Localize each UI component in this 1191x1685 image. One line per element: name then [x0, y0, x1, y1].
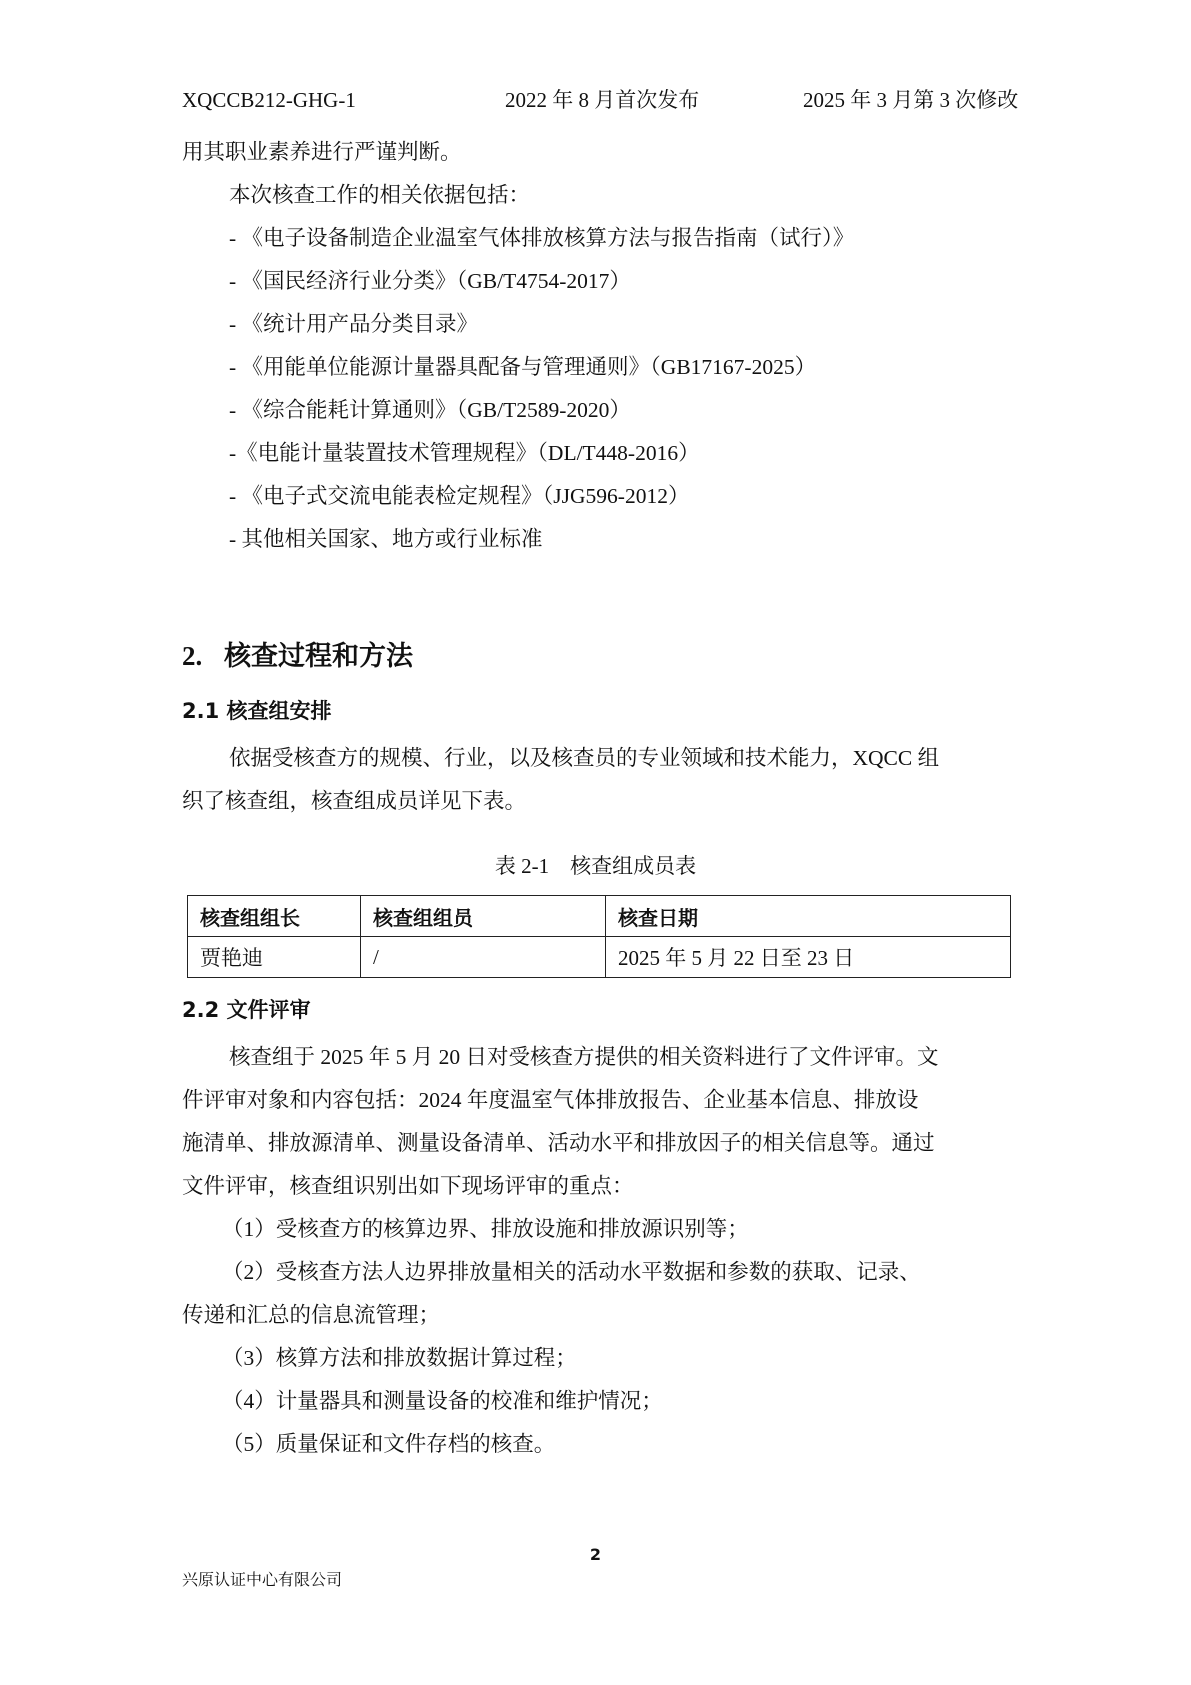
basis-item: -《电能计量装置技术管理规程》（DL/T448-2016）	[229, 438, 700, 468]
basis-item: - 《用能单位能源计量器具配备与管理通则》（GB17167-2025）	[229, 352, 816, 382]
cell-date: 2025 年 5 月 22 日至 23 日	[606, 937, 1011, 978]
cell-leader: 贾艳迪	[188, 937, 361, 978]
focus-item: （2）受核查方法人边界排放量相关的活动水平数据和参数的获取、记录、	[222, 1257, 921, 1287]
header-date: 核查日期	[606, 896, 1011, 937]
paragraph-line: 核查组于 2025 年 5 月 20 日对受核查方提供的相关资料进行了文件评审。…	[229, 1042, 939, 1072]
focus-item: （5）质量保证和文件存档的核查。	[222, 1429, 555, 1459]
table-row: 贾艳迪 / 2025 年 5 月 22 日至 23 日	[188, 937, 1011, 978]
footer-company: 兴原认证中心有限公司	[182, 1567, 342, 1590]
table-header-row: 核查组组长 核查组组员 核查日期	[188, 896, 1011, 937]
basis-intro: 本次核查工作的相关依据包括：	[229, 180, 530, 210]
paragraph-line: 依据受核查方的规模、行业，以及核查员的专业领域和技术能力，XQCC 组	[229, 743, 939, 773]
section-number: 2.	[182, 639, 224, 673]
focus-item: （4）计量器具和测量设备的校准和维护情况；	[222, 1386, 663, 1416]
first-release: 2022 年 8 月首次发布	[505, 86, 699, 114]
members-table: 核查组组长 核查组组员 核查日期 贾艳迪 / 2025 年 5 月 22 日至 …	[187, 895, 1011, 978]
section-2-heading: 2.核查过程和方法	[182, 639, 413, 673]
paragraph-line: 件评审对象和内容包括：2024 年度温室气体排放报告、企业基本信息、排放设	[182, 1085, 918, 1115]
doc-code: XQCCB212-GHG-1	[182, 86, 356, 114]
header-leader: 核查组组长	[188, 896, 361, 937]
revision-info: 2025 年 3 月第 3 次修改	[803, 86, 1018, 114]
basis-item: - 其他相关国家、地方或行业标准	[229, 524, 543, 554]
header-members: 核查组组员	[361, 896, 606, 937]
page-number: 2	[0, 1545, 1191, 1564]
document-page: XQCCB212-GHG-1 2022 年 8 月首次发布 2025 年 3 月…	[0, 0, 1191, 1685]
focus-item: （3）核算方法和排放数据计算过程；	[222, 1343, 577, 1373]
focus-item: （1）受核查方的核算边界、排放设施和排放源识别等；	[222, 1214, 749, 1244]
basis-item: - 《统计用产品分类目录》	[229, 309, 478, 339]
section-title: 核查过程和方法	[224, 641, 413, 671]
table-caption: 表 2-1 核查组成员表	[0, 852, 1191, 880]
paragraph-line: 织了核查组，核查组成员详见下表。	[182, 786, 526, 816]
subsection-2-2-heading: 2.2 文件评审	[182, 996, 311, 1024]
paragraph-line: 施清单、排放源清单、测量设备清单、活动水平和排放因子的相关信息等。通过	[182, 1128, 935, 1158]
continuation-text: 用其职业素养进行严谨判断。	[182, 137, 462, 167]
focus-item-continuation: 传递和汇总的信息流管理；	[182, 1300, 440, 1330]
basis-item: - 《国民经济行业分类》（GB/T4754-2017）	[229, 266, 631, 296]
cell-members: /	[361, 937, 606, 978]
basis-item: - 《电子设备制造企业温室气体排放核算方法与报告指南（试行）》	[229, 223, 854, 253]
basis-item: - 《电子式交流电能表检定规程》（JJG596-2012）	[229, 481, 689, 511]
paragraph-line: 文件评审，核查组识别出如下现场评审的重点：	[182, 1171, 634, 1201]
basis-item: - 《综合能耗计算通则》（GB/T2589-2020）	[229, 395, 631, 425]
subsection-2-1-heading: 2.1 核查组安排	[182, 697, 332, 725]
